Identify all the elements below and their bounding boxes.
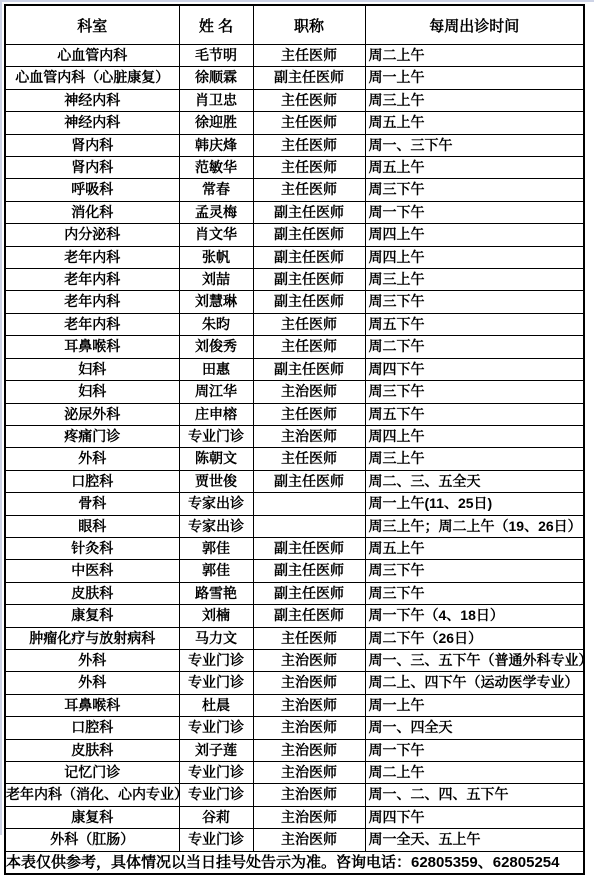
name-cell: 陈朝文 — [179, 448, 253, 470]
title-cell: 主治医师 — [253, 806, 365, 828]
schedule-table-body: 心血管内科毛节明主任医师周二上午心血管内科（心脏康复）徐顺霖副主任医师周一上午神… — [5, 45, 584, 852]
department-cell: 老年内科 — [5, 313, 179, 335]
department-cell: 外科（肛肠） — [5, 829, 179, 851]
table-row: 口腔科专业门诊主治医师周一、四全天 — [5, 717, 584, 739]
title-cell: 副主任医师 — [253, 291, 365, 313]
title-cell: 主任医师 — [253, 448, 365, 470]
schedule-cell: 周一上午(11、25日) — [365, 493, 584, 515]
name-cell: 专业门诊 — [179, 784, 253, 806]
name-cell: 范敏华 — [179, 157, 253, 179]
table-row: 内分泌科肖文华副主任医师周四上午 — [5, 224, 584, 246]
title-cell: 副主任医师 — [253, 67, 365, 89]
col-header-title: 职称 — [253, 5, 365, 45]
title-cell: 主任医师 — [253, 313, 365, 335]
schedule-cell: 周三下午 — [365, 381, 584, 403]
schedule-cell: 周五下午 — [365, 313, 584, 335]
department-cell: 老年内科 — [5, 291, 179, 313]
schedule-cell: 周三上午；周二上午（19、26日） — [365, 515, 584, 537]
department-cell: 中医科 — [5, 560, 179, 582]
title-cell: 主任医师 — [253, 134, 365, 156]
department-cell: 疼痛门诊 — [5, 425, 179, 447]
department-cell: 康复科 — [5, 806, 179, 828]
footer-note: 本表仅供参考，具体情况以当日挂号处告示为准。咨询电话：62805359、6280… — [5, 851, 584, 874]
name-cell: 马力文 — [179, 627, 253, 649]
name-cell: 肖文华 — [179, 224, 253, 246]
table-row: 皮肤科路雪艳副主任医师周三下午 — [5, 582, 584, 604]
schedule-cell: 周一、三下午 — [365, 134, 584, 156]
department-cell: 外科 — [5, 672, 179, 694]
title-cell: 副主任医师 — [253, 246, 365, 268]
title-cell: 主治医师 — [253, 694, 365, 716]
schedule-cell: 周一、四全天 — [365, 717, 584, 739]
table-row: 外科专业门诊主治医师周二上、四下午（运动医学专业） — [5, 672, 584, 694]
department-cell: 口腔科 — [5, 717, 179, 739]
name-cell: 刘楠 — [179, 605, 253, 627]
title-cell: 副主任医师 — [253, 201, 365, 223]
schedule-cell: 周四上午 — [365, 224, 584, 246]
name-cell: 专业门诊 — [179, 829, 253, 851]
name-cell: 专业门诊 — [179, 762, 253, 784]
department-cell: 皮肤科 — [5, 739, 179, 761]
schedule-cell: 周三上午 — [365, 269, 584, 291]
schedule-cell: 周三下午 — [365, 560, 584, 582]
schedule-cell: 周三下午 — [365, 291, 584, 313]
name-cell: 路雪艳 — [179, 582, 253, 604]
table-row: 肿瘤化疗与放射病科马力文主任医师周二下午（26日） — [5, 627, 584, 649]
title-cell: 副主任医师 — [253, 269, 365, 291]
title-cell: 主治医师 — [253, 425, 365, 447]
title-cell: 副主任医师 — [253, 224, 365, 246]
window-edge-top-line — [0, 0, 594, 2]
col-header-name: 姓 名 — [179, 5, 253, 45]
schedule-cell: 周一、三、五下午（普通外科专业） — [365, 649, 584, 671]
col-header-schedule: 每周出诊时间 — [365, 5, 584, 45]
title-cell: 主任医师 — [253, 112, 365, 134]
table-row: 肾内科范敏华主任医师周五上午 — [5, 157, 584, 179]
table-row: 记忆门诊专业门诊主治医师周二上午 — [5, 762, 584, 784]
table-row: 消化科孟灵梅副主任医师周一下午 — [5, 201, 584, 223]
department-cell: 耳鼻喉科 — [5, 694, 179, 716]
table-row: 外科（肛肠）专业门诊主治医师周一全天、五上午 — [5, 829, 584, 851]
department-cell: 记忆门诊 — [5, 762, 179, 784]
schedule-cell: 周一全天、五上午 — [365, 829, 584, 851]
department-cell: 心血管内科 — [5, 45, 179, 67]
name-cell: 肖卫忠 — [179, 89, 253, 111]
department-cell: 妇科 — [5, 358, 179, 380]
schedule-cell: 周四上午 — [365, 246, 584, 268]
table-row: 皮肤科刘子莲主治医师周一下午 — [5, 739, 584, 761]
doctor-schedule-table: 科室 姓 名 职称 每周出诊时间 心血管内科毛节明主任医师周二上午心血管内科（心… — [4, 4, 585, 875]
name-cell: 专家出诊 — [179, 493, 253, 515]
name-cell: 郭佳 — [179, 560, 253, 582]
title-cell: 主治医师 — [253, 381, 365, 403]
title-cell: 主任医师 — [253, 403, 365, 425]
name-cell: 张帆 — [179, 246, 253, 268]
table-row: 老年内科刘慧琳副主任医师周三下午 — [5, 291, 584, 313]
table-row: 中医科郭佳副主任医师周三下午 — [5, 560, 584, 582]
name-cell: 谷莉 — [179, 806, 253, 828]
title-cell: 主治医师 — [253, 717, 365, 739]
table-row: 泌尿外科庄申榕主任医师周五下午 — [5, 403, 584, 425]
title-cell: 主治医师 — [253, 672, 365, 694]
schedule-cell: 周一上午 — [365, 694, 584, 716]
name-cell: 徐迎胜 — [179, 112, 253, 134]
name-cell: 刘慧琳 — [179, 291, 253, 313]
col-header-department: 科室 — [5, 5, 179, 45]
window-edge-left-line — [0, 0, 2, 835]
department-cell: 老年内科（消化、心内专业） — [5, 784, 179, 806]
department-cell: 肾内科 — [5, 134, 179, 156]
name-cell: 田惠 — [179, 358, 253, 380]
table-row: 神经内科徐迎胜主任医师周五上午 — [5, 112, 584, 134]
name-cell: 刘喆 — [179, 269, 253, 291]
schedule-cell: 周五上午 — [365, 157, 584, 179]
department-cell: 老年内科 — [5, 246, 179, 268]
department-cell: 肿瘤化疗与放射病科 — [5, 627, 179, 649]
department-cell: 外科 — [5, 448, 179, 470]
department-cell: 呼吸科 — [5, 179, 179, 201]
name-cell: 韩庆烽 — [179, 134, 253, 156]
title-cell: 主治医师 — [253, 739, 365, 761]
department-cell: 内分泌科 — [5, 224, 179, 246]
department-cell: 皮肤科 — [5, 582, 179, 604]
title-cell: 主任医师 — [253, 157, 365, 179]
name-cell: 周江华 — [179, 381, 253, 403]
title-cell — [253, 515, 365, 537]
department-cell: 针灸科 — [5, 537, 179, 559]
table-row: 老年内科张帆副主任医师周四上午 — [5, 246, 584, 268]
table-header-row: 科室 姓 名 职称 每周出诊时间 — [5, 5, 584, 45]
table-row: 心血管内科毛节明主任医师周二上午 — [5, 45, 584, 67]
table-row: 眼科专家出诊周三上午；周二上午（19、26日） — [5, 515, 584, 537]
schedule-cell: 周二上午 — [365, 762, 584, 784]
table-row: 妇科周江华主治医师周三下午 — [5, 381, 584, 403]
department-cell: 眼科 — [5, 515, 179, 537]
table-row: 康复科谷莉主治医师周四下午 — [5, 806, 584, 828]
table-row: 呼吸科常春主任医师周三下午 — [5, 179, 584, 201]
title-cell: 主任医师 — [253, 45, 365, 67]
title-cell: 副主任医师 — [253, 605, 365, 627]
schedule-cell: 周四上午 — [365, 425, 584, 447]
name-cell: 孟灵梅 — [179, 201, 253, 223]
schedule-cell: 周一上午 — [365, 67, 584, 89]
department-cell: 骨科 — [5, 493, 179, 515]
table-footer-row: 本表仅供参考，具体情况以当日挂号处告示为准。咨询电话：62805359、6280… — [5, 851, 584, 874]
title-cell: 副主任医师 — [253, 582, 365, 604]
table-row: 疼痛门诊专业门诊主治医师周四上午 — [5, 425, 584, 447]
schedule-cell: 周四下午 — [365, 358, 584, 380]
department-cell: 妇科 — [5, 381, 179, 403]
title-cell: 主治医师 — [253, 784, 365, 806]
department-cell: 肾内科 — [5, 157, 179, 179]
table-row: 老年内科刘喆副主任医师周三上午 — [5, 269, 584, 291]
name-cell: 专业门诊 — [179, 649, 253, 671]
table-row: 神经内科肖卫忠主任医师周三上午 — [5, 89, 584, 111]
schedule-cell: 周二下午（26日） — [365, 627, 584, 649]
name-cell: 专业门诊 — [179, 672, 253, 694]
name-cell: 常春 — [179, 179, 253, 201]
table-row: 针灸科郭佳副主任医师周五上午 — [5, 537, 584, 559]
name-cell: 专业门诊 — [179, 425, 253, 447]
table-row: 心血管内科（心脏康复）徐顺霖副主任医师周一上午 — [5, 67, 584, 89]
title-cell: 主治医师 — [253, 829, 365, 851]
schedule-cell: 周三下午 — [365, 179, 584, 201]
department-cell: 神经内科 — [5, 112, 179, 134]
table-row: 妇科田惠副主任医师周四下午 — [5, 358, 584, 380]
schedule-cell: 周一下午 — [365, 739, 584, 761]
department-cell: 神经内科 — [5, 89, 179, 111]
title-cell: 副主任医师 — [253, 358, 365, 380]
title-cell: 副主任医师 — [253, 470, 365, 492]
department-cell: 外科 — [5, 649, 179, 671]
schedule-cell: 周一、二、四、五下午 — [365, 784, 584, 806]
title-cell: 主任医师 — [253, 179, 365, 201]
schedule-cell: 周四下午 — [365, 806, 584, 828]
name-cell: 徐顺霖 — [179, 67, 253, 89]
schedule-cell: 周二下午 — [365, 336, 584, 358]
department-cell: 消化科 — [5, 201, 179, 223]
title-cell — [253, 493, 365, 515]
table-row: 康复科刘楠副主任医师周一下午（4、18日） — [5, 605, 584, 627]
table-row: 骨科专家出诊周一上午(11、25日) — [5, 493, 584, 515]
name-cell: 专家出诊 — [179, 515, 253, 537]
title-cell: 主治医师 — [253, 649, 365, 671]
title-cell: 主任医师 — [253, 89, 365, 111]
schedule-cell: 周三下午 — [365, 582, 584, 604]
name-cell: 毛节明 — [179, 45, 253, 67]
department-cell: 康复科 — [5, 605, 179, 627]
name-cell: 杜晨 — [179, 694, 253, 716]
department-cell: 耳鼻喉科 — [5, 336, 179, 358]
schedule-cell: 周二、三、五全天 — [365, 470, 584, 492]
department-cell: 泌尿外科 — [5, 403, 179, 425]
table-row: 外科专业门诊主治医师周一、三、五下午（普通外科专业） — [5, 649, 584, 671]
department-cell: 心血管内科（心脏康复） — [5, 67, 179, 89]
name-cell: 贾世俊 — [179, 470, 253, 492]
schedule-cell: 周一下午（4、18日） — [365, 605, 584, 627]
schedule-cell: 周三上午 — [365, 89, 584, 111]
name-cell: 朱昀 — [179, 313, 253, 335]
title-cell: 副主任医师 — [253, 537, 365, 559]
name-cell: 庄申榕 — [179, 403, 253, 425]
schedule-cell: 周三上午 — [365, 448, 584, 470]
table-row: 老年内科朱昀主任医师周五下午 — [5, 313, 584, 335]
schedule-cell: 周五下午 — [365, 403, 584, 425]
table-row: 外科陈朝文主任医师周三上午 — [5, 448, 584, 470]
table-row: 肾内科韩庆烽主任医师周一、三下午 — [5, 134, 584, 156]
title-cell: 主任医师 — [253, 336, 365, 358]
schedule-cell: 周五上午 — [365, 112, 584, 134]
name-cell: 刘俊秀 — [179, 336, 253, 358]
schedule-cell: 周二上午 — [365, 45, 584, 67]
table-row: 耳鼻喉科刘俊秀主任医师周二下午 — [5, 336, 584, 358]
name-cell: 专业门诊 — [179, 717, 253, 739]
schedule-cell: 周二上、四下午（运动医学专业） — [365, 672, 584, 694]
department-cell: 老年内科 — [5, 269, 179, 291]
title-cell: 副主任医师 — [253, 560, 365, 582]
schedule-cell: 周五上午 — [365, 537, 584, 559]
title-cell: 主任医师 — [253, 627, 365, 649]
table-row: 老年内科（消化、心内专业）专业门诊主治医师周一、二、四、五下午 — [5, 784, 584, 806]
table-row: 耳鼻喉科杜晨主治医师周一上午 — [5, 694, 584, 716]
title-cell: 主治医师 — [253, 762, 365, 784]
schedule-cell: 周一下午 — [365, 201, 584, 223]
name-cell: 刘子莲 — [179, 739, 253, 761]
department-cell: 口腔科 — [5, 470, 179, 492]
name-cell: 郭佳 — [179, 537, 253, 559]
table-row: 口腔科贾世俊副主任医师周二、三、五全天 — [5, 470, 584, 492]
